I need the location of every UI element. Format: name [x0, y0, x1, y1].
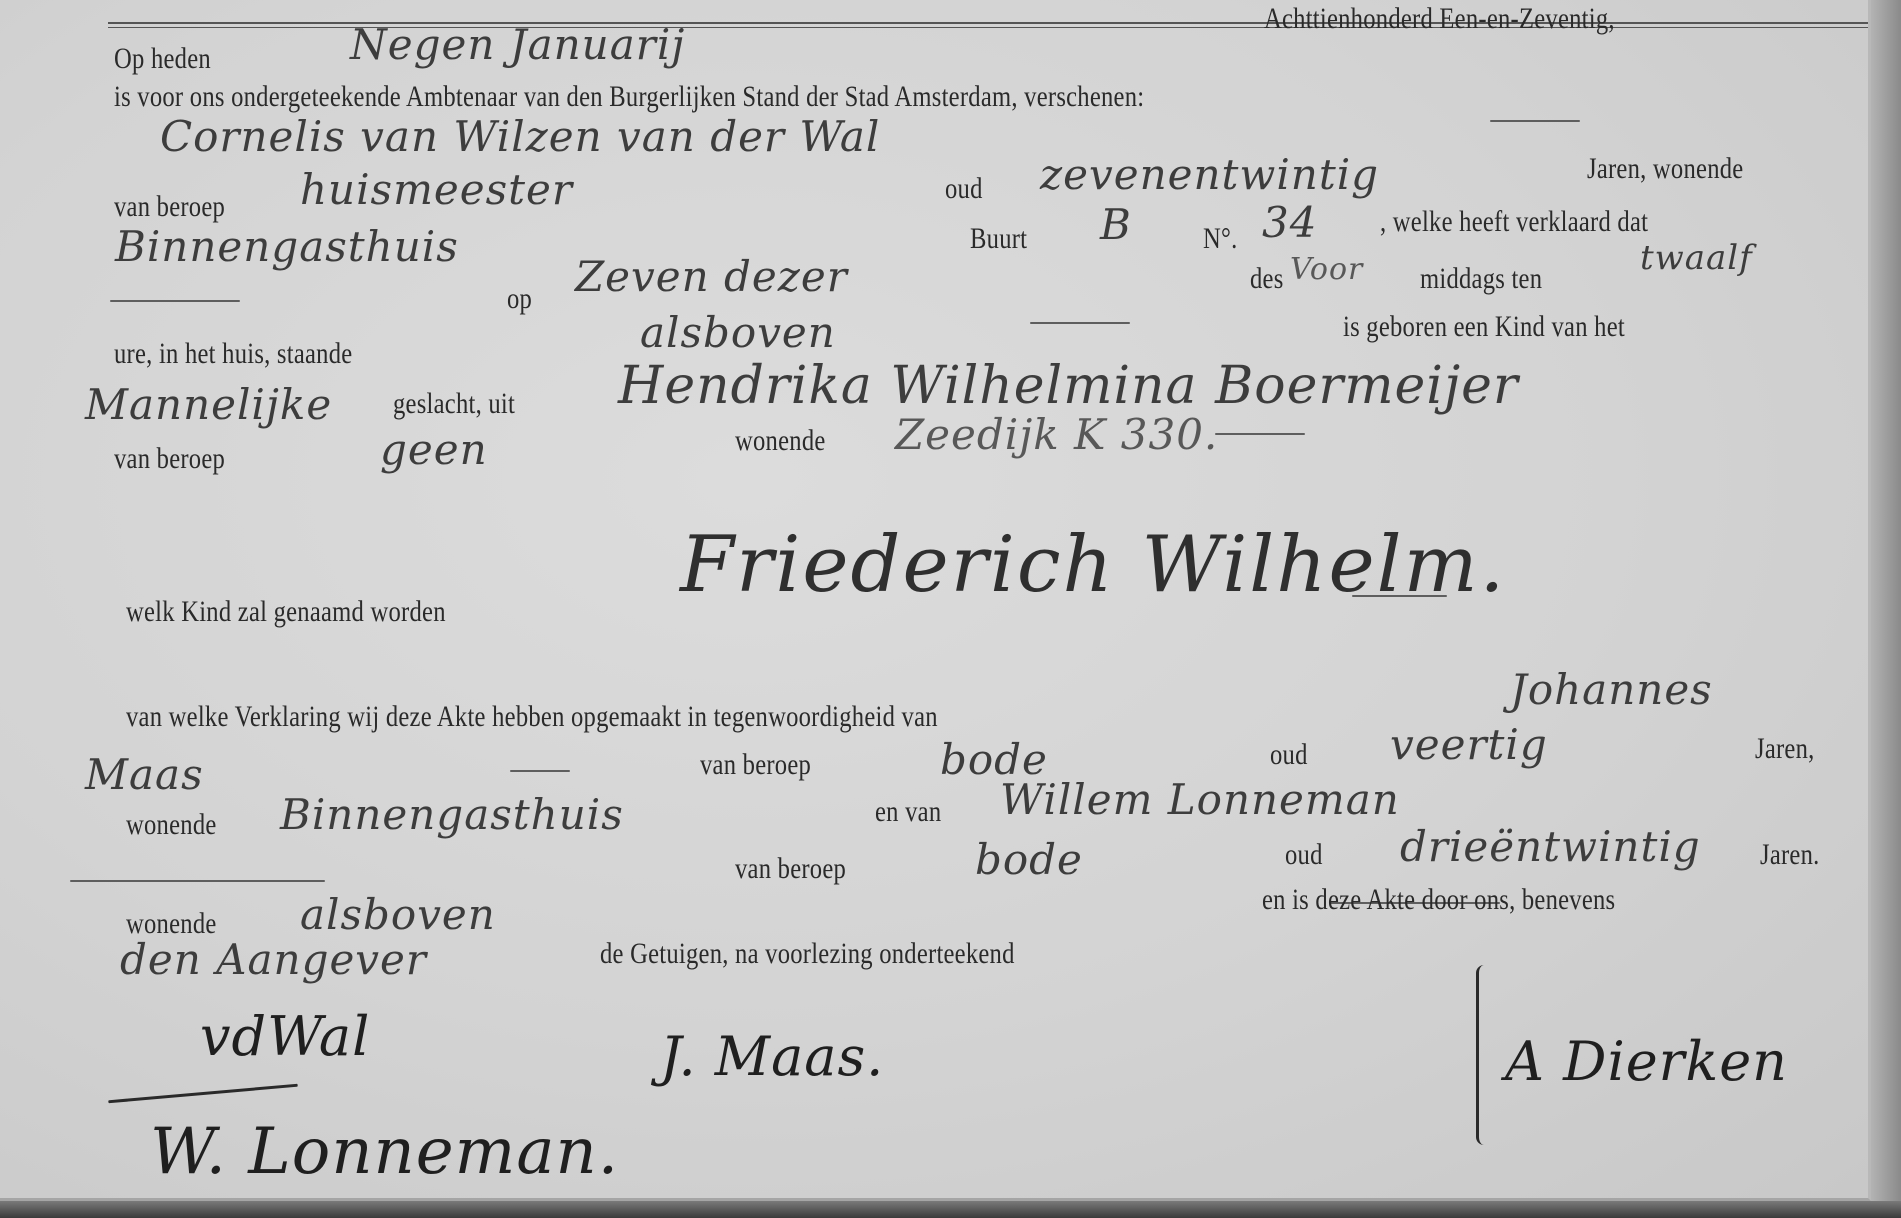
page-edge-bottom: [0, 1201, 1901, 1218]
label-des: des: [1250, 262, 1284, 296]
year-text: Achttienhonderd Een-en-Zeventig,: [1264, 2, 1615, 36]
label-w1-wonende: wonende: [126, 808, 217, 842]
label-wonende-moeder: wonende: [735, 424, 826, 458]
signature-flourish: [108, 1084, 298, 1104]
label-middags: middags ten: [1420, 262, 1542, 296]
label-verklaring: van welke Verklaring wij deze Akte hebbe…: [126, 700, 938, 734]
hw-witness2-name: Willem Lonneman: [1000, 775, 1400, 824]
label-buurt: Buurt: [970, 222, 1027, 256]
signature-official: A Dierken: [1505, 1030, 1788, 1093]
label-w2-beroep: van beroep: [735, 852, 846, 886]
hw-mother-name: Hendrika Wilhelmina Boermeijer: [618, 356, 1519, 416]
hw-declarant-residence: Binnengasthuis: [115, 222, 459, 271]
label-w1-jaren: Jaren,: [1755, 732, 1815, 766]
hw-hour: twaalf: [1640, 238, 1753, 278]
fill-dash: [110, 300, 240, 302]
label-jaren-wonende: Jaren, wonende: [1587, 152, 1743, 186]
signature-witness2: W. Lonneman.: [150, 1115, 619, 1189]
hw-declarant-name: Cornelis van Wilzen van der Wal: [160, 112, 880, 161]
label-verklaard: , welke heeft verklaard dat: [1380, 205, 1648, 239]
signature-witness1: J. Maas.: [660, 1025, 884, 1088]
label-op: op: [507, 282, 532, 316]
label-genaamd: welk Kind zal genaamd worden: [126, 595, 446, 629]
hw-buurt: B: [1100, 200, 1132, 249]
hw-witness2-age: drieëntwintig: [1400, 822, 1701, 871]
fill-dash: [1352, 595, 1447, 597]
label-op-heden: Op heden: [114, 42, 211, 76]
fill-dash: [1490, 120, 1580, 122]
fill-dash: [1215, 433, 1305, 435]
signature-declarant: vdWal: [200, 1005, 370, 1068]
label-beroep-moeder: van beroep: [114, 442, 225, 476]
label-benevens: en is deze Akte door ons, benevens: [1262, 883, 1615, 917]
label-geslacht: geslacht, uit: [393, 387, 515, 421]
hw-number: 34: [1262, 198, 1317, 247]
label-oud: oud: [945, 172, 983, 206]
hw-mother-residence: Zeedijk K 330.: [895, 410, 1218, 459]
hw-witness1-age: veertig: [1390, 720, 1548, 769]
hw-birth-day: Zeven dezer: [575, 252, 848, 301]
hw-witness1-residence: Binnengasthuis: [280, 790, 624, 839]
hw-sex: Mannelijke: [85, 380, 332, 429]
signature-brace: [1476, 965, 1493, 1145]
label-beroep: van beroep: [114, 190, 225, 224]
fill-dash: [1030, 322, 1130, 324]
label-getuigen: de Getuigen, na voorlezing onderteekend: [600, 937, 1015, 971]
document-page: Op heden Negen Januarij Achttienhonderd …: [0, 0, 1871, 1201]
label-ure-huis: ure, in het huis, staande: [114, 337, 352, 371]
label-nummer: N°.: [1203, 222, 1237, 256]
hw-witness1-first: Johannes: [1510, 665, 1713, 714]
fill-dash: [70, 880, 325, 882]
hw-mother-occupation: geen: [380, 425, 488, 474]
fill-dash: [510, 770, 570, 772]
page-edge-right: [1871, 0, 1901, 1218]
hw-declarant-age: zevenentwintig: [1040, 150, 1379, 199]
hw-declarant-occupation: huismeester: [300, 165, 573, 214]
label-en-van: en van: [875, 795, 941, 829]
hw-house: alsboven: [640, 308, 836, 357]
label-w2-oud: oud: [1285, 838, 1323, 872]
hw-date: Negen Januarij: [350, 20, 685, 69]
hw-voor-na: Voor: [1290, 252, 1363, 287]
label-w2-jaren: Jaren.: [1760, 838, 1820, 872]
hw-witness2-residence: alsboven: [300, 890, 496, 939]
hw-witness2-occupation: bode: [975, 835, 1083, 884]
label-verschenen: is voor ons ondergeteekende Ambtenaar va…: [114, 80, 1144, 114]
label-w1-oud: oud: [1270, 738, 1308, 772]
label-geboren: is geboren een Kind van het: [1343, 310, 1625, 344]
hw-aangever: den Aangever: [120, 935, 427, 984]
hw-witness1-last: Maas: [85, 750, 204, 799]
label-w1-beroep: van beroep: [700, 748, 811, 782]
